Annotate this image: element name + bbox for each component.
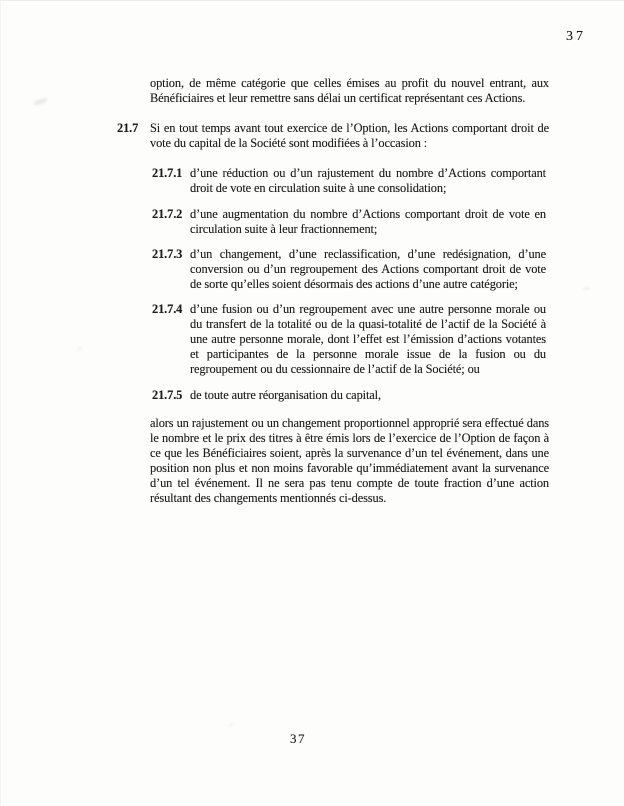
subclause-21-7-2: 21.7.2 d’une augmentation du nombre d’Ac…	[190, 207, 546, 237]
clause-21-7: 21.7 Si en tout temps avant tout exercic…	[150, 121, 549, 151]
subclause-21-7-1-text: d’une réduction ou d’un rajustement du n…	[190, 166, 546, 196]
closing-paragraph: alors un rajustement ou un changement pr…	[150, 416, 549, 507]
subclause-21-7-4-number: 21.7.4	[152, 302, 182, 317]
clause-21-7-number: 21.7	[117, 121, 138, 136]
scan-artifact	[470, 440, 476, 443]
subclause-21-7-2-number: 21.7.2	[152, 207, 182, 222]
subclause-21-7-1-number: 21.7.1	[152, 166, 182, 181]
subclause-21-7-3-number: 21.7.3	[152, 247, 182, 262]
subclause-21-7-3-text: d’un changement, d’une reclassification,…	[190, 247, 546, 292]
subclause-21-7-5: 21.7.5 de toute autre réorganisation du …	[190, 388, 546, 403]
subclause-21-7-2-text: d’une augmentation du nombre d’Actions c…	[190, 207, 546, 237]
page-number-top: 37	[566, 29, 586, 45]
subclause-21-7-4: 21.7.4 d’une fusion ou d’un regroupement…	[190, 302, 546, 377]
intro-paragraph: option, de même catégorie que celles émi…	[150, 76, 549, 106]
subclause-21-7-5-number: 21.7.5	[152, 388, 182, 403]
scan-artifact	[583, 287, 590, 290]
subclause-21-7-5-text: de toute autre réorganisation du capital…	[190, 388, 546, 403]
subclause-21-7-4-text: d’une fusion ou d’un regroupement avec u…	[190, 302, 546, 377]
page-number-bottom: 37	[290, 731, 306, 747]
scan-artifact	[77, 347, 82, 350]
subclause-21-7-1: 21.7.1 d’une réduction ou d’un rajusteme…	[190, 166, 546, 196]
document-body: option, de même catégorie que celles émi…	[0, 76, 624, 506]
scan-artifact	[229, 723, 233, 726]
clause-21-7-text: Si en tout temps avant tout exercice de …	[150, 121, 549, 151]
subclause-21-7-3: 21.7.3 d’un changement, d’une reclassifi…	[190, 247, 546, 292]
scanned-document-page: 37 option, de même catégorie que celles …	[0, 0, 624, 806]
